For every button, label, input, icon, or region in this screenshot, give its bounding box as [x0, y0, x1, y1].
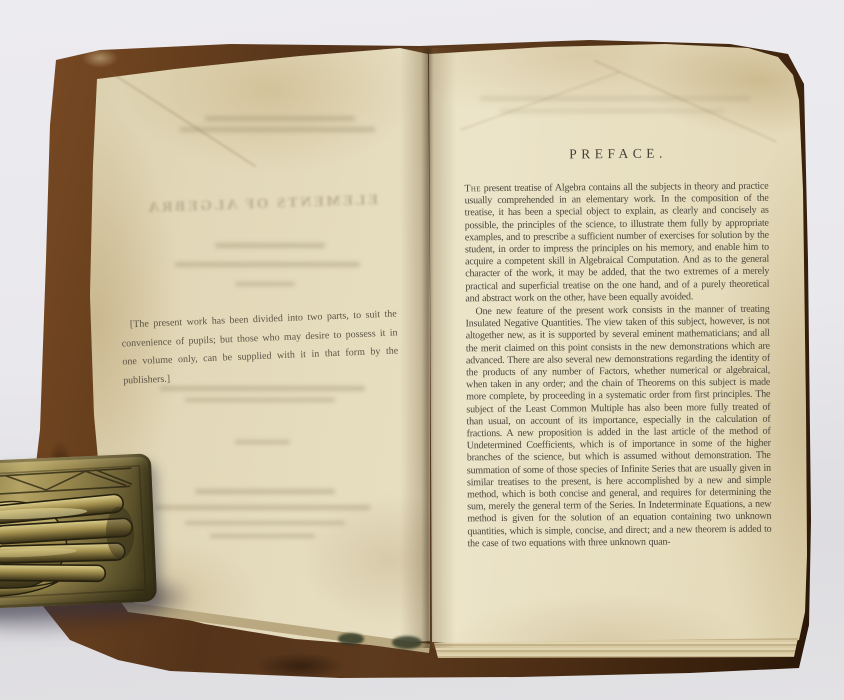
- brass-hand-clip: [0, 0, 844, 700]
- brass-plate: [0, 453, 157, 610]
- hand-figure: [0, 453, 157, 610]
- photo-background: ELEMENTS OF ALGEBRA [The present work ha…: [0, 0, 844, 700]
